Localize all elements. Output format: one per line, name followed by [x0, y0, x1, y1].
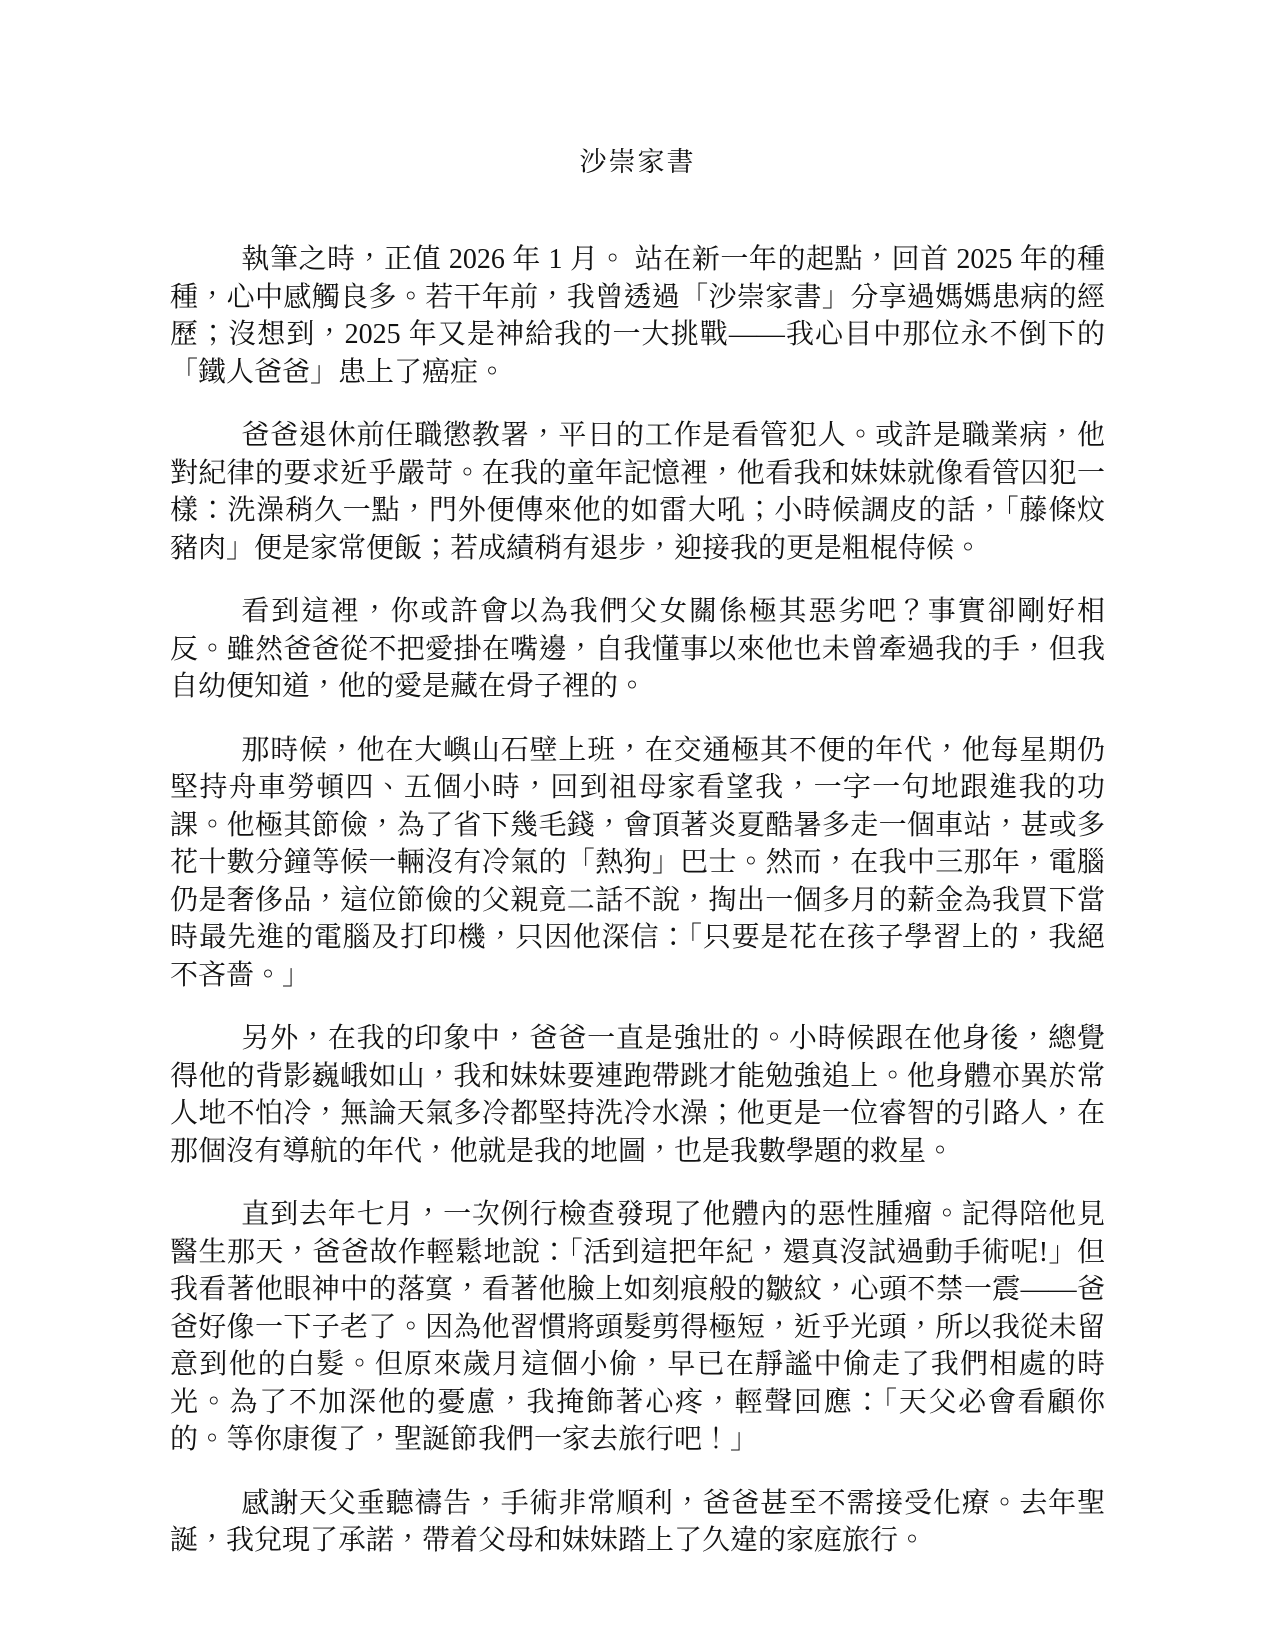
paragraph-4: 那時候，他在大嶼山石壁上班，在交通極其不便的年代，他每星期仍堅持舟車勞頓四、五個…: [170, 732, 1105, 995]
document-page: 沙崇家書 執筆之時，正值 2026 年 1 月。 站在新一年的起點，回首 202…: [0, 0, 1275, 1650]
paragraph-5: 另外，在我的印象中，爸爸一直是強壯的。小時候跟在他身後，總覺得他的背影巍峨如山，…: [170, 1020, 1105, 1170]
paragraph-3: 看到這裡，你或許會以為我們父女關係極其惡劣吧？事實卻剛好相反。雖然爸爸從不把愛掛…: [170, 593, 1105, 706]
paragraph-2: 爸爸退休前任職懲教署，平日的工作是看管犯人。或許是職業病，他對紀律的要求近乎嚴苛…: [170, 417, 1105, 567]
paragraph-7: 感謝天父垂聽禱告，手術非常順利，爸爸甚至不需接受化療。去年聖誕，我兌現了承諾，帶…: [170, 1485, 1105, 1560]
paragraph-1: 執筆之時，正值 2026 年 1 月。 站在新一年的起點，回首 2025 年的種…: [170, 241, 1105, 391]
document-title: 沙崇家書: [170, 140, 1105, 179]
paragraph-6: 直到去年七月，一次例行檢查發現了他體內的惡性腫瘤。記得陪他見醫生那天，爸爸故作輕…: [170, 1196, 1105, 1459]
